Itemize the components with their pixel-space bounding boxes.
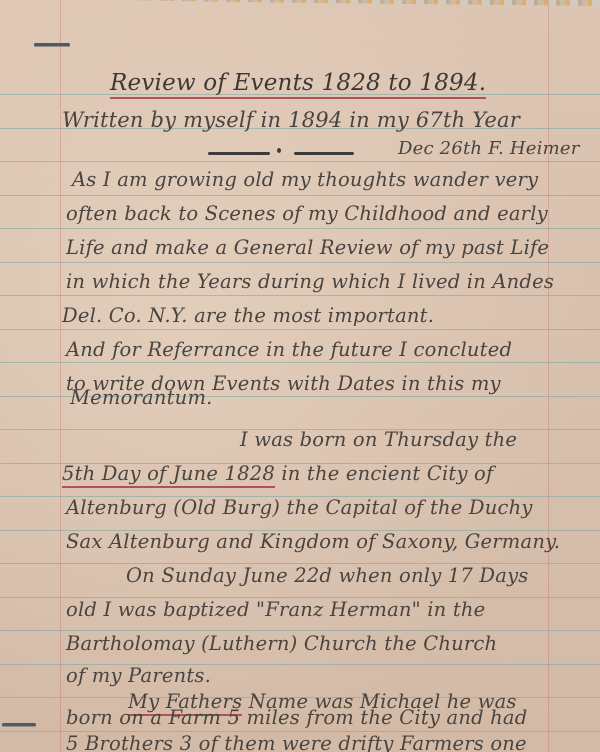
text-line: Memorantum. [70,386,213,409]
ruled-line [0,295,600,296]
text-line: Sax Altenburg and Kingdom of Saxony, Ger… [66,530,560,553]
text-line: often back to Scenes of my Childhood and… [66,202,548,225]
text-line: Del. Co. N.Y. are the most important. [62,304,434,327]
page-title: Review of Events 1828 to 1894. [110,70,486,99]
text-line-birth-date: 5th Day of June 1828 in the encient City… [62,462,493,485]
dateline: Dec 26th F. Heimer [398,138,580,159]
text-fragment: in the encient City of [275,462,493,485]
ruled-line [0,195,600,196]
text-line: Bartholomay (Luthern) Church the Church [66,632,497,655]
text-line: of my Parents. [66,664,211,687]
text-line: 5 Brothers 3 of them were drifty Farmers… [66,732,527,752]
birth-date-underlined: 5th Day of June 1828 [62,462,275,488]
marbled-page-edge [120,0,600,6]
text-line: in which the Years during which I lived … [66,270,554,293]
ruled-line [0,362,600,363]
right-margin-line [548,0,549,752]
binding-clip-mark-bottom [2,723,36,726]
left-margin-line [60,0,61,752]
flourish-dot [277,148,281,153]
notebook-page: Review of Events 1828 to 1894. Written b… [0,0,600,752]
text-line: I was born on Thursday the [240,428,517,451]
subtitle: Written by myself in 1894 in my 67th Yea… [62,108,520,132]
flourish-right [294,152,354,155]
ruled-line [0,262,600,263]
binding-clip-mark-top [34,43,70,46]
ruled-line [0,228,600,229]
ruled-line [0,161,600,162]
text-line: Life and make a General Review of my pas… [66,236,549,259]
ruled-line [0,630,600,631]
text-line: born on a Farm 5 miles from the City and… [66,706,527,729]
text-line: old I was baptized "Franz Herman" in the [66,598,485,621]
text-line: Altenburg (Old Burg) the Capital of the … [66,496,533,519]
ruled-line [0,329,600,330]
text-line: As I am growing old my thoughts wander v… [72,168,538,191]
text-line: And for Referrance in the future I concl… [66,338,512,361]
text-line: On Sunday June 22d when only 17 Days [126,564,529,587]
flourish-left [208,152,270,155]
